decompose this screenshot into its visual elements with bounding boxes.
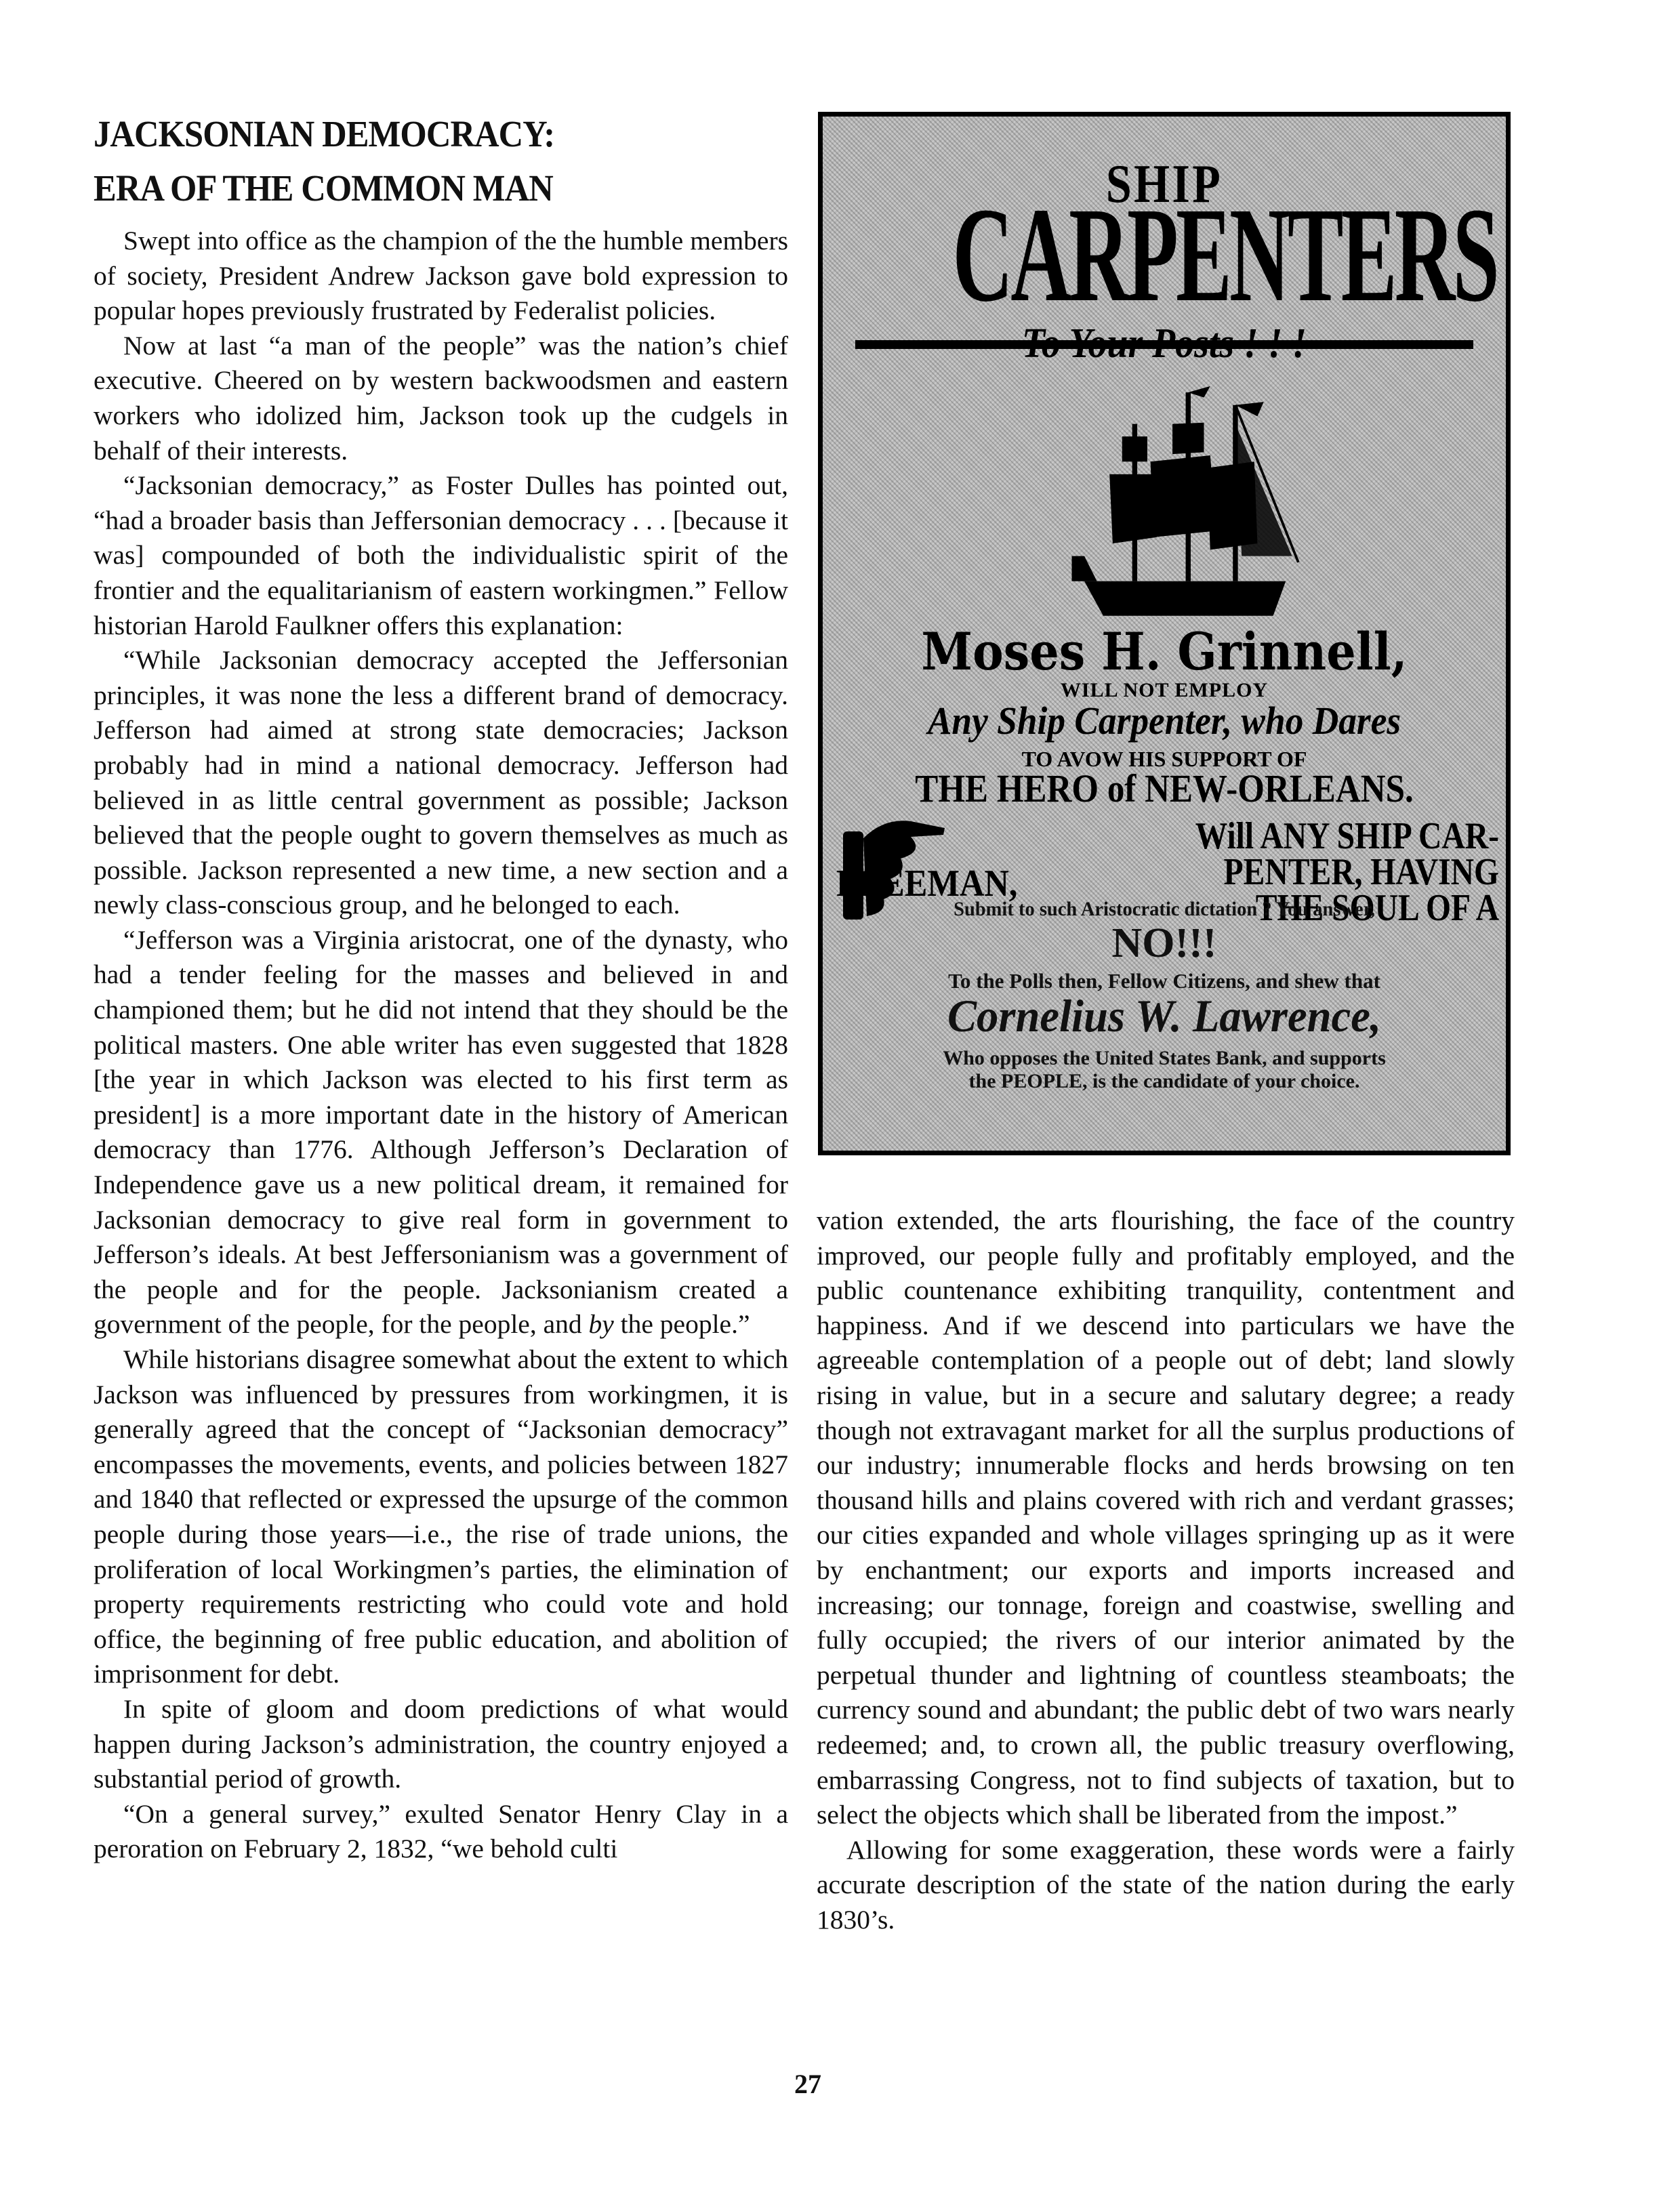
page-number: 27 (794, 2068, 821, 2100)
article-title: JACKSONIAN DEMOCRACY: ERA OF THE COMMON … (94, 107, 717, 215)
title-line-2: ERA OF THE COMMON MAN (94, 161, 717, 215)
paragraph: While historians disagree somewhat about… (94, 1342, 788, 1692)
right-column: vation extended, the arts flourishing, t… (817, 1203, 1515, 1937)
paragraph: In spite of gloom and doom predictions o… (94, 1692, 788, 1797)
paragraph: Swept into office as the champion of the… (94, 224, 788, 329)
paragraph: “While Jacksonian democracy accepted the… (94, 643, 788, 923)
italic-word: by (589, 1309, 614, 1339)
paragraph: “On a general survey,” exulted Senator H… (94, 1797, 788, 1867)
poster-any-ship-carpenter: Any Ship Carpenter, who Dares (850, 698, 1478, 743)
poster-carpenters: CARPENTERS (953, 184, 1376, 327)
poster-freeman: FREEMAN, (836, 862, 1439, 905)
left-column: Swept into office as the champion of the… (94, 224, 788, 1867)
paragraph: Now at last “a man of the people” was th… (94, 329, 788, 468)
poster-moses-grinnell: Moses H. Grinnell, (857, 621, 1471, 682)
paragraph: “Jefferson was a Virginia aristocrat, on… (94, 923, 788, 1342)
title-line-1: JACKSONIAN DEMOCRACY: (94, 107, 717, 161)
paragraph-text: “Jefferson was a Virginia aristocrat, on… (94, 925, 788, 1340)
paragraph: Allowing for some exaggeration, these wo… (817, 1833, 1515, 1938)
sailing-ship-icon (1046, 367, 1317, 632)
paragraph: “Jacksonian democracy,” as Foster Dulles… (94, 468, 788, 643)
poster-hero-of-new-orleans: THE HERO of NEW-ORLEANS. (863, 766, 1464, 811)
poster-rule (855, 340, 1473, 349)
paragraph: vation extended, the arts flourishing, t… (817, 1203, 1515, 1833)
paragraph-text-end: the people.” (614, 1309, 750, 1339)
campaign-poster: SHIP CARPENTERS To Your Posts ! ! ! Mose… (818, 112, 1511, 1155)
